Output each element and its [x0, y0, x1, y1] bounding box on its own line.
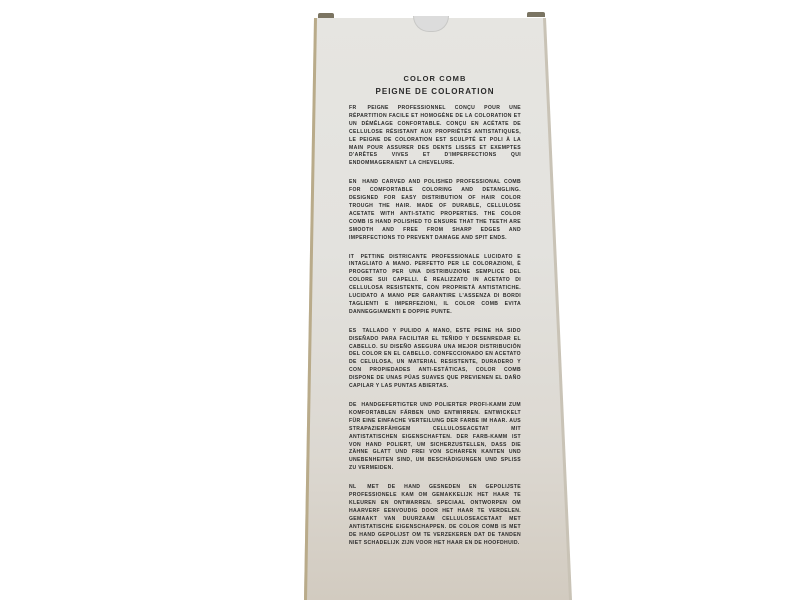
lang-code: IT — [349, 254, 354, 260]
description-text: TALLADO Y PULIDO A MANO, ESTE PEINE HA S… — [349, 328, 521, 389]
description-text: MET DE HAND GESNEDEN EN GEPOLIJSTE PROFE… — [349, 484, 521, 545]
product-subtitle: PEIGNE DE COLORATION — [349, 87, 521, 97]
description-text: PETTINE DISTRICANTE PROFESSIONALE LUCIDA… — [349, 254, 521, 315]
description-es: ES TALLADO Y PULIDO A MANO, ESTE PEINE H… — [349, 328, 521, 391]
lang-code: NL — [349, 484, 357, 490]
description-en: EN HAND CARVED AND POLISHED PROFESSIONAL… — [349, 179, 521, 242]
lang-code: EN — [349, 179, 357, 185]
description-fr: FR PEIGNE PROFESSIONNEL CONÇU POUR UNE R… — [349, 105, 521, 168]
description-text: HANDGEFERTIGTER UND POLIERTER PROFI-KAMM… — [349, 402, 521, 471]
product-title: COLOR COMB — [349, 74, 521, 84]
description-text: HAND CARVED AND POLISHED PROFESSIONAL CO… — [349, 179, 521, 240]
box-flap-left — [318, 13, 334, 18]
description-text: PEIGNE PROFESSIONNEL CONÇU POUR UNE RÉPA… — [349, 105, 521, 166]
lang-code: ES — [349, 328, 357, 334]
box-label: COLOR COMB PEIGNE DE COLORATION FR PEIGN… — [349, 74, 521, 558]
lang-code: FR — [349, 105, 357, 111]
lang-code: DE — [349, 402, 357, 408]
box-flap-right — [527, 12, 545, 17]
description-nl: NL MET DE HAND GESNEDEN EN GEPOLIJSTE PR… — [349, 484, 521, 547]
description-de: DE HANDGEFERTIGTER UND POLIERTER PROFI-K… — [349, 402, 521, 473]
description-it: IT PETTINE DISTRICANTE PROFESSIONALE LUC… — [349, 254, 521, 317]
